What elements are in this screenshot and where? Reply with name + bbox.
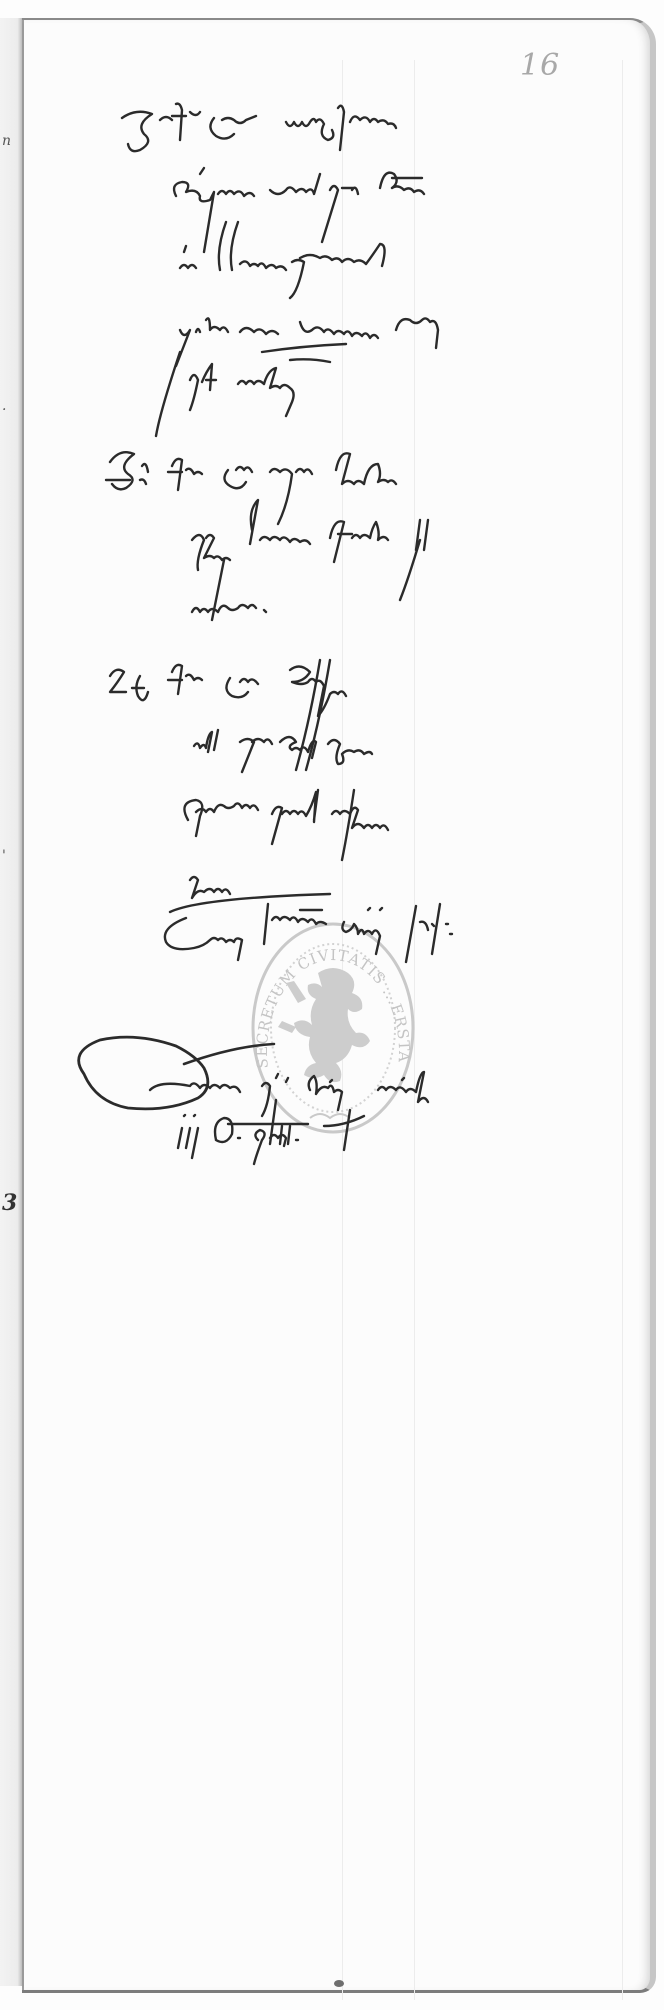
- entry-line: gern: [110, 736, 307, 755]
- entry-line: Eyßen vnd ist kome: [120, 138, 324, 157]
- binding-thread: [334, 1980, 344, 1987]
- document-scan: n · ' 3 16 SECRETUM CIVITATIS ...ERSTADI…: [0, 0, 664, 2010]
- total-label: Summa ij°: [150, 1070, 234, 1089]
- fold-line: [622, 60, 623, 2000]
- entry-line: in Ulrikes Jaerrenufhuss: [120, 157, 324, 176]
- lion-icon: [278, 968, 370, 1082]
- entry-line: empfaen;: [110, 507, 317, 526]
- total-value: xviiij ß.: [299, 905, 358, 924]
- entry-line: mitt ihr zuschliessen: [110, 698, 307, 717]
- entry-amount: 3 ß: [110, 450, 317, 469]
- entry-line: gehfen an Kachen feugell: [110, 488, 317, 507]
- total-label: Summa laterne: [170, 905, 294, 924]
- entry-amount: 2 ß: [110, 660, 307, 679]
- margin-mark: ·: [2, 402, 6, 418]
- entry-line: 3 ß für Ein par hantdum: [110, 469, 317, 488]
- entry-amount: 3 ß: [120, 100, 324, 119]
- total-value: xlvj mark: [239, 1070, 314, 1089]
- margin-mark: 3: [2, 1190, 17, 1216]
- entry-line: 3 ß für Eine nige flora: [120, 119, 324, 138]
- entry-line: y alter der lengsten kueg: [120, 176, 324, 195]
- previous-page-edge: [0, 18, 22, 1986]
- total-sub: iij d. gott.: [150, 1089, 315, 1108]
- entry-line: Jahanna feugell aufhaen: [110, 717, 307, 736]
- margin-mark: ': [2, 848, 6, 864]
- entry-line: ist aufaeng: [120, 195, 324, 214]
- entry-line: 2 ß für Eine Klappern: [110, 679, 307, 698]
- folio-number: 16: [520, 48, 560, 83]
- margin-mark: n: [2, 133, 11, 149]
